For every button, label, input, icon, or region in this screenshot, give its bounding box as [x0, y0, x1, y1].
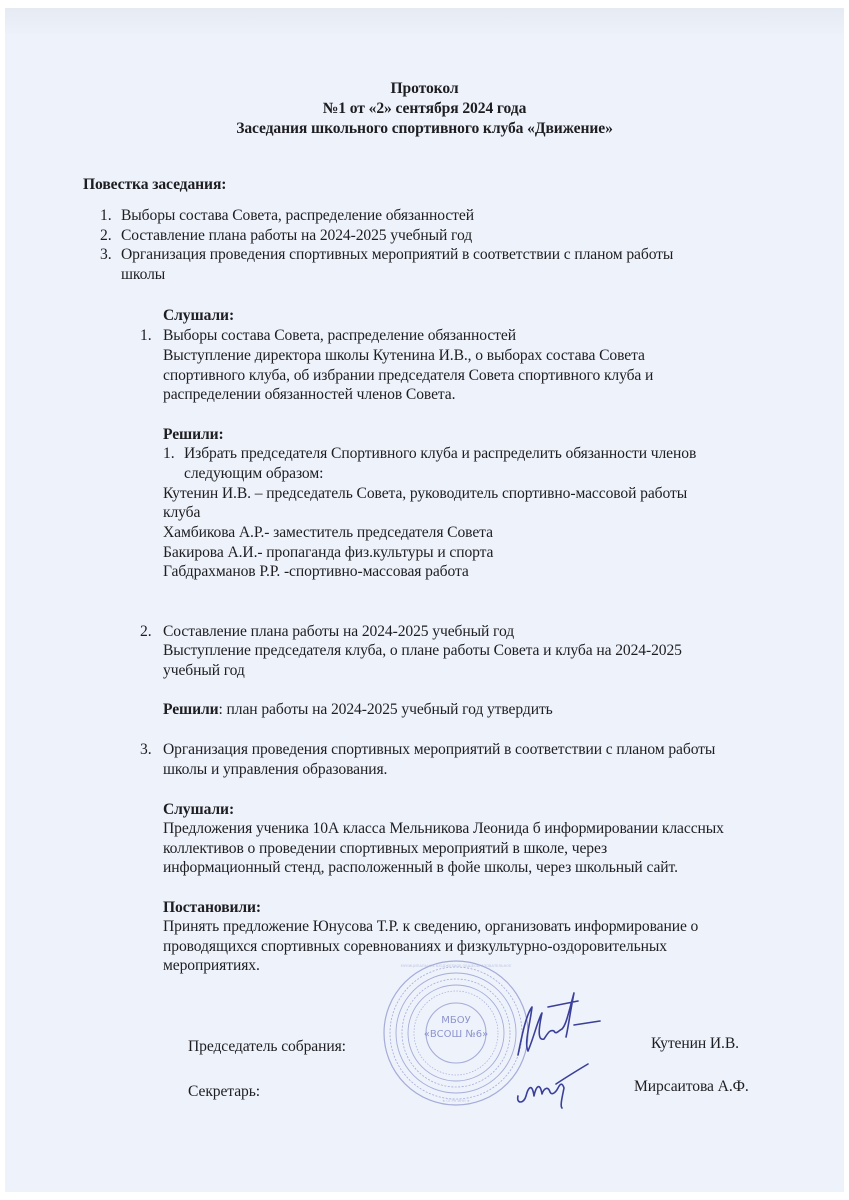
scan-artifact-strip [5, 8, 844, 34]
assignment-line: Кутенин И.В. – председатель Совета, руко… [163, 485, 687, 503]
decision-line: Избрать председателя Спортивного клуба и… [184, 445, 696, 463]
resolved-heading: Постановили: [163, 899, 261, 917]
decision-line: следующим образом: [184, 465, 323, 483]
agenda-item-text: Организация проведения спортивных меропр… [121, 246, 673, 264]
section-number: 3. [140, 741, 152, 759]
speech-line: Выступление директора школы Кутенина И.В… [163, 347, 645, 365]
agenda-heading: Повестка заседания: [83, 176, 226, 194]
svg-text:МУНИЦИПАЛЬНОЕ БЮДЖЕТНОЕ ОБЩЕОБ: МУНИЦИПАЛЬНОЕ БЮДЖЕТНОЕ ОБЩЕОБРАЗОВАТЕЛЬ… [401, 964, 513, 968]
heard-heading: Слушали: [163, 801, 234, 819]
document-title: Протокол [0, 80, 849, 98]
svg-text:★ ОГРН ИНН ★: ★ ОГРН ИНН ★ [442, 1099, 470, 1103]
section-number: 1. [140, 327, 152, 345]
decided-text: : план работы на 2024-2025 учебный год у… [219, 701, 553, 718]
speech-line: спортивного клуба, об избрании председат… [163, 367, 653, 385]
speech-line: распределении обязанностей членов Совета… [163, 386, 455, 404]
resolved-line: мероприятиях. [163, 957, 260, 975]
speech-line: Выступление председателя клуба, о плане … [163, 642, 682, 660]
assignment-line: клуба [163, 504, 200, 522]
resolved-line: Принять предложение Юнусова Т.Р. к сведе… [163, 918, 698, 936]
secretary-label: Секретарь: [188, 1083, 260, 1101]
assignment-line: Габдрахманов Р.Р. -спортивно-массовая ра… [163, 563, 469, 581]
agenda-item-number: 2. [100, 227, 112, 245]
section-number: 2. [140, 623, 152, 641]
chair-signature-icon [508, 985, 608, 1065]
heard-line: информационный стенд, расположенный в фо… [163, 859, 678, 877]
section-topic: Организация проведения спортивных меропр… [163, 741, 715, 759]
decision-statement: Решили: план работы на 2024-2025 учебный… [163, 701, 553, 719]
heard-heading: Слушали: [163, 307, 234, 325]
chair-name: Кутенин И.В. [651, 1035, 739, 1053]
section-topic: Составление плана работы на 2024-2025 уч… [163, 623, 514, 641]
decided-label: Решили [163, 701, 219, 718]
chair-label: Председатель собрания: [188, 1038, 346, 1056]
heard-line: коллективов о проведении спортивных меро… [163, 840, 607, 858]
secretary-name: Мирсаитова А.Ф. [634, 1078, 749, 1096]
assignment-line: Бакирова А.И.- пропаганда физ.культуры и… [163, 544, 493, 562]
agenda-item-number: 1. [100, 207, 112, 225]
assignment-line: Хамбикова А.Р.- заместитель председателя… [163, 524, 493, 542]
section-topic-continued: школы и управления образования. [163, 761, 387, 779]
agenda-item-text: Составление плана работы на 2024-2025 уч… [121, 227, 472, 245]
section-topic: Выборы состава Совета, распределение обя… [163, 327, 516, 345]
agenda-item-text-continued: школы [121, 266, 165, 284]
decided-heading: Решили: [163, 426, 224, 444]
secretary-signature-icon [512, 1062, 592, 1112]
resolved-line: проводящихся спортивных соревнованиях и … [163, 938, 667, 956]
decision-number: 1. [163, 445, 175, 463]
protocol-subtitle: Заседания школьного спортивного клуба «Д… [0, 120, 849, 138]
agenda-item-text: Выборы состава Совета, распределение обя… [121, 207, 474, 225]
heard-line: Предложения ученика 10А класса Мельников… [163, 820, 724, 838]
agenda-item-number: 3. [100, 246, 112, 264]
speech-line: учебный год [163, 662, 245, 680]
protocol-number-date: №1 от «2» сентября 2024 года [0, 100, 849, 118]
